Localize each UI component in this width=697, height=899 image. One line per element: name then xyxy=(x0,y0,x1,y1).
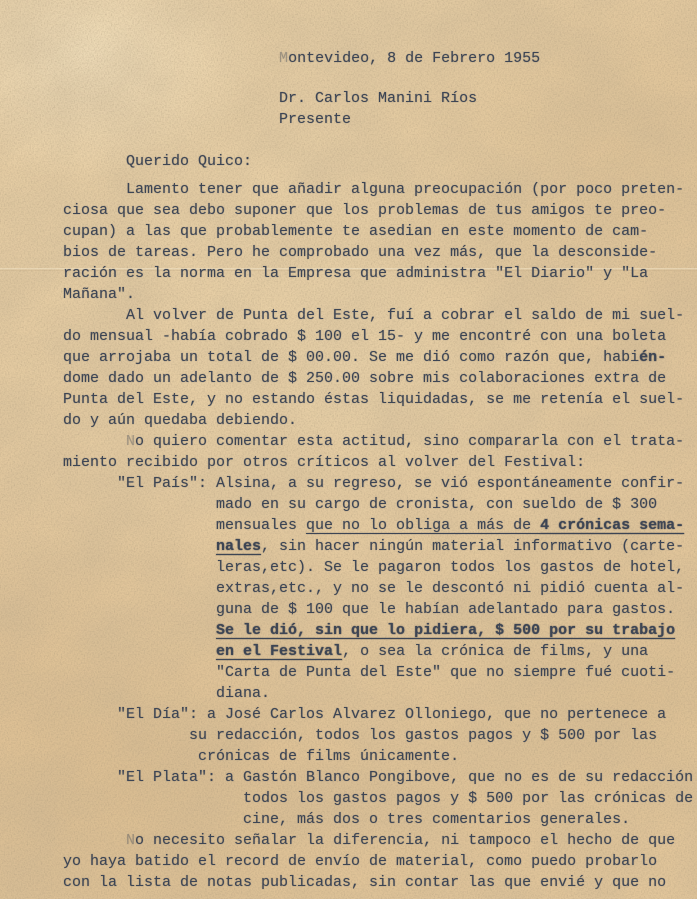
letter-text-segment: Querido Quico: xyxy=(63,153,252,170)
letter-text-segment xyxy=(63,832,126,849)
letter-text-segment: en el Festival xyxy=(216,643,342,660)
letter-text-segment: su redacción, todos los gastos pagos y $… xyxy=(63,727,657,744)
letter-body-line: Mañana". xyxy=(63,284,693,305)
letter-text-segment xyxy=(63,643,216,660)
elpais-block-line: leras,etc). Se le pagaron todos los gast… xyxy=(63,557,693,578)
letter-text-segment xyxy=(63,50,279,67)
letter-body-line: Punta del Este, y no estando éstas liqui… xyxy=(63,389,693,410)
letter-text-segment: guna de $ 100 que le habían adelantado p… xyxy=(63,601,675,618)
letter-body-line: Lamento tener que añadir alguna preocupa… xyxy=(63,179,693,200)
elpais-block-line: en el Festival, o sea la crónica de film… xyxy=(63,641,693,662)
date-line: Montevideo, 8 de Febrero 1955 xyxy=(63,48,693,69)
letter-text-segment: bios de tareas. Pero he comprobado una v… xyxy=(63,244,657,261)
recipient-line: Dr. Carlos Manini Ríos xyxy=(63,88,693,109)
letter-text-segment: Lamento tener que añadir alguna preocupa… xyxy=(63,181,684,198)
letter-text-segment: Al volver de Punta del Este, fuí a cobra… xyxy=(63,307,684,324)
letter-body-line: do mensual -había cobrado $ 100 el 15- y… xyxy=(63,326,693,347)
letter-text-segment: Mañana". xyxy=(63,286,135,303)
letter-text-segment: "El Día": a José Carlos Alvarez Ollonieg… xyxy=(63,706,666,723)
letter-body-line: cupan) a las que probablemente te asedia… xyxy=(63,221,693,242)
letter-body-line: No necesito señalar la diferencia, ni ta… xyxy=(63,830,693,851)
elpais-block-line: "El País": Alsina, a su regreso, se vió … xyxy=(63,473,693,494)
eldia-block-line: crónicas de films únicamente. xyxy=(63,746,693,767)
letter-text-segment: 4 crónicas sema- xyxy=(540,517,684,534)
letter-text-segment: dome dado un adelanto de $ 250.00 sobre … xyxy=(63,370,666,387)
eldia-block-line: "El Día": a José Carlos Alvarez Ollonieg… xyxy=(63,704,693,725)
elplata-block-line: cine, más dos o tres comentarios general… xyxy=(63,809,693,830)
elplata-block-line: todos los gastos pagos y $ 500 por las c… xyxy=(63,788,693,809)
letter-text-segment: o quiero comentar esta actitud, sino com… xyxy=(135,433,684,450)
letter-text-segment: leras,etc). Se le pagaron todos los gast… xyxy=(63,559,684,576)
letter-body-line: Al volver de Punta del Este, fuí a cobra… xyxy=(63,305,693,326)
letter-text-segment: Punta del Este, y no estando éstas liqui… xyxy=(63,391,684,408)
letter-text-segment: crónicas de films únicamente. xyxy=(63,748,459,765)
letter-text-segment: que arrojaba un total de $ 00.00. Se me … xyxy=(63,349,639,366)
letter-text-segment: M xyxy=(279,50,288,67)
elpais-block-line: Se le dió, sin que lo pidiera, $ 500 por… xyxy=(63,620,693,641)
letter-text-segment: mado en su cargo de cronista, con sueldo… xyxy=(63,496,657,513)
letter-text-segment: ontevideo, 8 de Febrero 1955 xyxy=(288,50,540,67)
letter-text-segment: cine, más dos o tres comentarios general… xyxy=(63,811,630,828)
letter-text-segment: N xyxy=(126,433,135,450)
letter-text-segment: , o sea la crónica de films, y una xyxy=(342,643,648,660)
letter-body-line: yo haya batido el record de envío de mat… xyxy=(63,851,693,872)
letter-text-segment: ración es la norma en la Empresa que adm… xyxy=(63,265,648,282)
letter-text-segment: que no lo obliga a más de xyxy=(306,517,540,534)
letter-text-segment: N xyxy=(126,832,135,849)
letter-text-segment: todos los gastos pagos y $ 500 por las c… xyxy=(63,790,693,807)
letter-body-line: ración es la norma en la Empresa que adm… xyxy=(63,263,693,284)
elpais-block-line: "Carta de Punta del Este" que no siempre… xyxy=(63,662,693,683)
letter-text-segment: ciosa que sea debo suponer que los probl… xyxy=(63,202,666,219)
letter-text-segment: con la lista de notas publicadas, sin co… xyxy=(63,874,666,891)
letter-text-segment: Presente xyxy=(63,111,351,128)
letter-text-segment: o necesito señalar la diferencia, ni tam… xyxy=(135,832,675,849)
eldia-block-line: su redacción, todos los gastos pagos y $… xyxy=(63,725,693,746)
elpais-block-line: nales, sin hacer ningún material informa… xyxy=(63,536,693,557)
letter-text-segment: do mensual -había cobrado $ 100 el 15- y… xyxy=(63,328,666,345)
letter-body-line: dome dado un adelanto de $ 250.00 sobre … xyxy=(63,368,693,389)
letter-body-line: miento recibido por otros críticos al vo… xyxy=(63,452,693,473)
letter-text-segment: extras,etc., y no se le descontó ni pidi… xyxy=(63,580,684,597)
letter-text-segment: "El País": Alsina, a su regreso, se vió … xyxy=(63,475,684,492)
letter-body-line: No quiero comentar esta actitud, sino co… xyxy=(63,431,693,452)
letter-body-line: do y aún quedaba debiendo. xyxy=(63,410,693,431)
letter-text-segment: cupan) a las que probablemente te asedia… xyxy=(63,223,648,240)
letter-body-line: bios de tareas. Pero he comprobado una v… xyxy=(63,242,693,263)
letter-text-segment: do y aún quedaba debiendo. xyxy=(63,412,297,429)
elpais-block-line: guna de $ 100 que le habían adelantado p… xyxy=(63,599,693,620)
elpais-block-line: extras,etc., y no se le descontó ni pidi… xyxy=(63,578,693,599)
elpais-block-line: mado en su cargo de cronista, con sueldo… xyxy=(63,494,693,515)
letter-text-segment: Se le dió, sin que lo pidiera, $ 500 por… xyxy=(216,622,675,639)
salutation-line: Querido Quico: xyxy=(63,151,693,172)
elpais-block-line: mensuales que no lo obliga a más de 4 cr… xyxy=(63,515,693,536)
letter-text-segment: én- xyxy=(639,349,666,366)
letter-text-segment: "El Plata": a Gastón Blanco Pongibove, q… xyxy=(63,769,693,786)
letter-text-segment: mensuales xyxy=(63,517,306,534)
letter-text-segment: , sin hacer ningún material informativo … xyxy=(261,538,684,555)
letter-body-line: que arrojaba un total de $ 00.00. Se me … xyxy=(63,347,693,368)
letter-text-segment: diana. xyxy=(63,685,270,702)
letter-text-segment xyxy=(63,433,126,450)
letter-text-segment xyxy=(63,622,216,639)
letter-body-line: con la lista de notas publicadas, sin co… xyxy=(63,872,693,893)
letter-text-segment xyxy=(63,538,216,555)
letter-text-segment: Dr. Carlos Manini Ríos xyxy=(63,90,477,107)
letter-text-segment: miento recibido por otros críticos al vo… xyxy=(63,454,585,471)
letter-text-segment: nales xyxy=(216,538,261,555)
letter-text-segment: "Carta de Punta del Este" que no siempre… xyxy=(63,664,675,681)
elpais-block-line: diana. xyxy=(63,683,693,704)
typewritten-letter-page: Montevideo, 8 de Febrero 1955 Dr. Carlos… xyxy=(0,0,697,899)
letter-text-layer: Montevideo, 8 de Febrero 1955 Dr. Carlos… xyxy=(63,0,693,893)
presente-line: Presente xyxy=(63,109,693,130)
elplata-block-line: "El Plata": a Gastón Blanco Pongibove, q… xyxy=(63,767,693,788)
letter-text-segment: yo haya batido el record de envío de mat… xyxy=(63,853,657,870)
letter-body-line: ciosa que sea debo suponer que los probl… xyxy=(63,200,693,221)
